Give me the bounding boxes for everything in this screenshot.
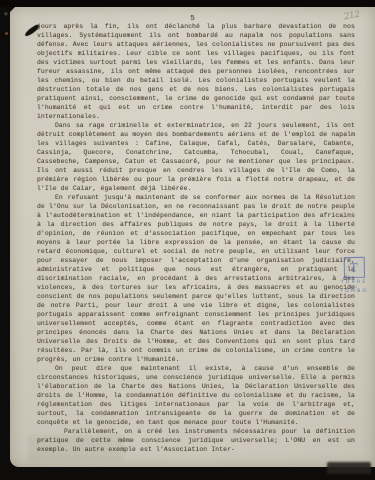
edge-plus-mark-icon: +: [2, 10, 9, 19]
stamp-text-line: TOMBO: [336, 289, 372, 295]
scanned-page-background: 5 212 jours après la fin, ils ont déclan…: [0, 0, 375, 480]
stamp-emblem-icon: T: [343, 257, 364, 278]
stamp-letter: T: [350, 261, 358, 273]
paragraph: Dans sa rage criminelle et exterminatric…: [37, 121, 355, 193]
typewritten-text: jours après la fin, ils ont déclanché la…: [37, 22, 355, 454]
paragraph: En refusant jusqu'à maintenant de se con…: [37, 193, 355, 364]
paper-shadow-mark: [28, 435, 123, 461]
paragraph: On peut dire que maintenant il existe, à…: [37, 364, 355, 427]
archive-stamp: T TORRE DO TOMBO: [336, 257, 373, 296]
scan-edge-top: [0, 0, 375, 7]
paragraph: jours après la fin, ils ont déclanché la…: [37, 22, 355, 121]
scan-smudge-mark: [327, 462, 371, 474]
edge-red-dot-mark-icon: [5, 32, 8, 35]
document-page: 5 212 jours après la fin, ils ont déclan…: [10, 7, 375, 467]
